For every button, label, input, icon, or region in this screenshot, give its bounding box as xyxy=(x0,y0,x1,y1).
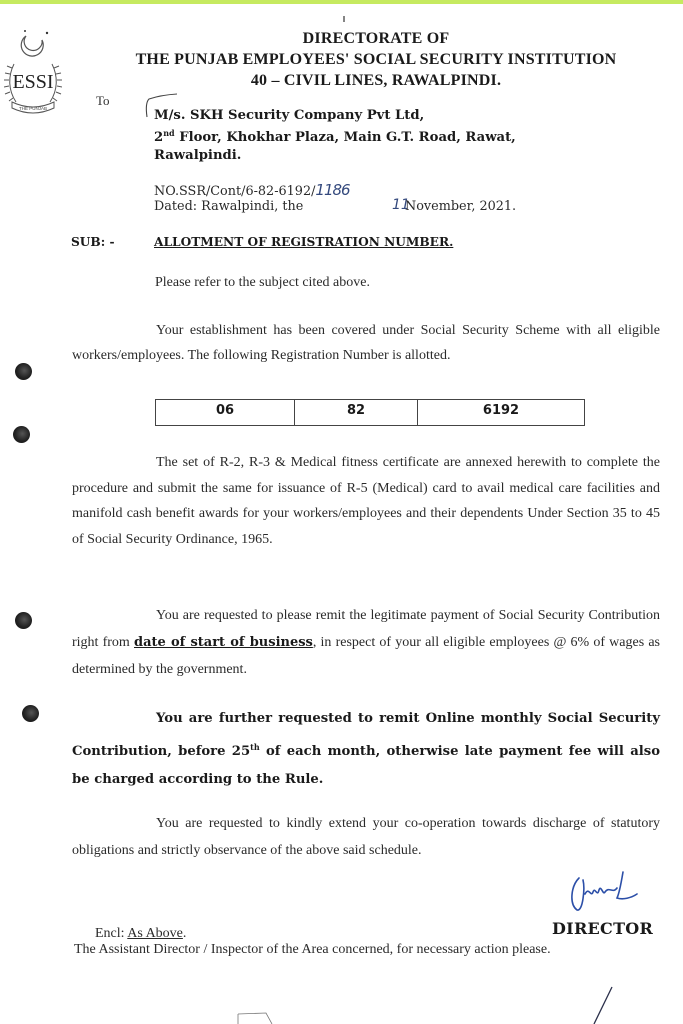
punch-hole xyxy=(15,363,32,380)
stray-ink-mark xyxy=(340,14,360,28)
registration-part-serial: 6192 xyxy=(418,400,584,425)
punch-hole xyxy=(22,705,39,722)
stray-ink-mark xyxy=(230,1010,280,1024)
forwarding-note: The Assistant Director / Inspector of th… xyxy=(74,942,551,958)
recipient-city: Rawalpindi. xyxy=(154,148,241,163)
registration-number-table: 06 82 6192 xyxy=(155,399,585,426)
enclosure-note: Encl: As Above. xyxy=(95,926,186,942)
top-highlight-bar xyxy=(0,0,683,4)
reference-number: NO.SSR/Cont/6-82-6192/1186 xyxy=(154,181,350,199)
pen-stroke-mark xyxy=(588,985,618,1024)
to-label: To xyxy=(96,93,110,109)
paragraph-contribution: You are requested to please remit the le… xyxy=(72,602,660,683)
handwritten-dispatch-number: 1186 xyxy=(315,181,349,199)
header-address: 40 – CIVIL LINES, RAWALPINDI. xyxy=(0,72,683,90)
header-institution: THE PUNJAB EMPLOYEES' SOCIAL SECURITY IN… xyxy=(0,51,683,69)
dated-month-year: November, 2021. xyxy=(405,199,516,214)
paragraph-refer: Please refer to the subject cited above. xyxy=(155,270,655,295)
subject-label: SUB: - xyxy=(71,235,115,249)
svg-text:THE PUNJAB: THE PUNJAB xyxy=(19,106,47,111)
paragraph-forms: The set of R-2, R-3 & Medical fitness ce… xyxy=(72,450,660,552)
recipient-address: 2nd Floor, Khokhar Plaza, Main G.T. Road… xyxy=(154,128,516,145)
registration-part-region: 06 xyxy=(156,400,295,425)
signatory-title: DIRECTOR xyxy=(552,919,653,938)
paragraph-coverage: Your establishment has been covered unde… xyxy=(72,318,660,368)
recipient-name: M/s. SKH Security Company Pvt Ltd, xyxy=(154,108,424,123)
subject-text: ALLOTMENT OF REGISTRATION NUMBER. xyxy=(154,235,453,249)
signature-icon xyxy=(565,868,645,918)
header-directorate: DIRECTORATE OF xyxy=(0,30,683,48)
paragraph-cooperation: You are requested to kindly extend your … xyxy=(72,810,660,864)
punch-hole xyxy=(13,426,30,443)
punch-hole xyxy=(15,612,32,629)
dated-label: Dated: Rawalpindi, the xyxy=(154,199,303,214)
registration-part-district: 82 xyxy=(295,400,418,425)
paragraph-online-payment: You are further requested to remit Onlin… xyxy=(72,705,660,794)
